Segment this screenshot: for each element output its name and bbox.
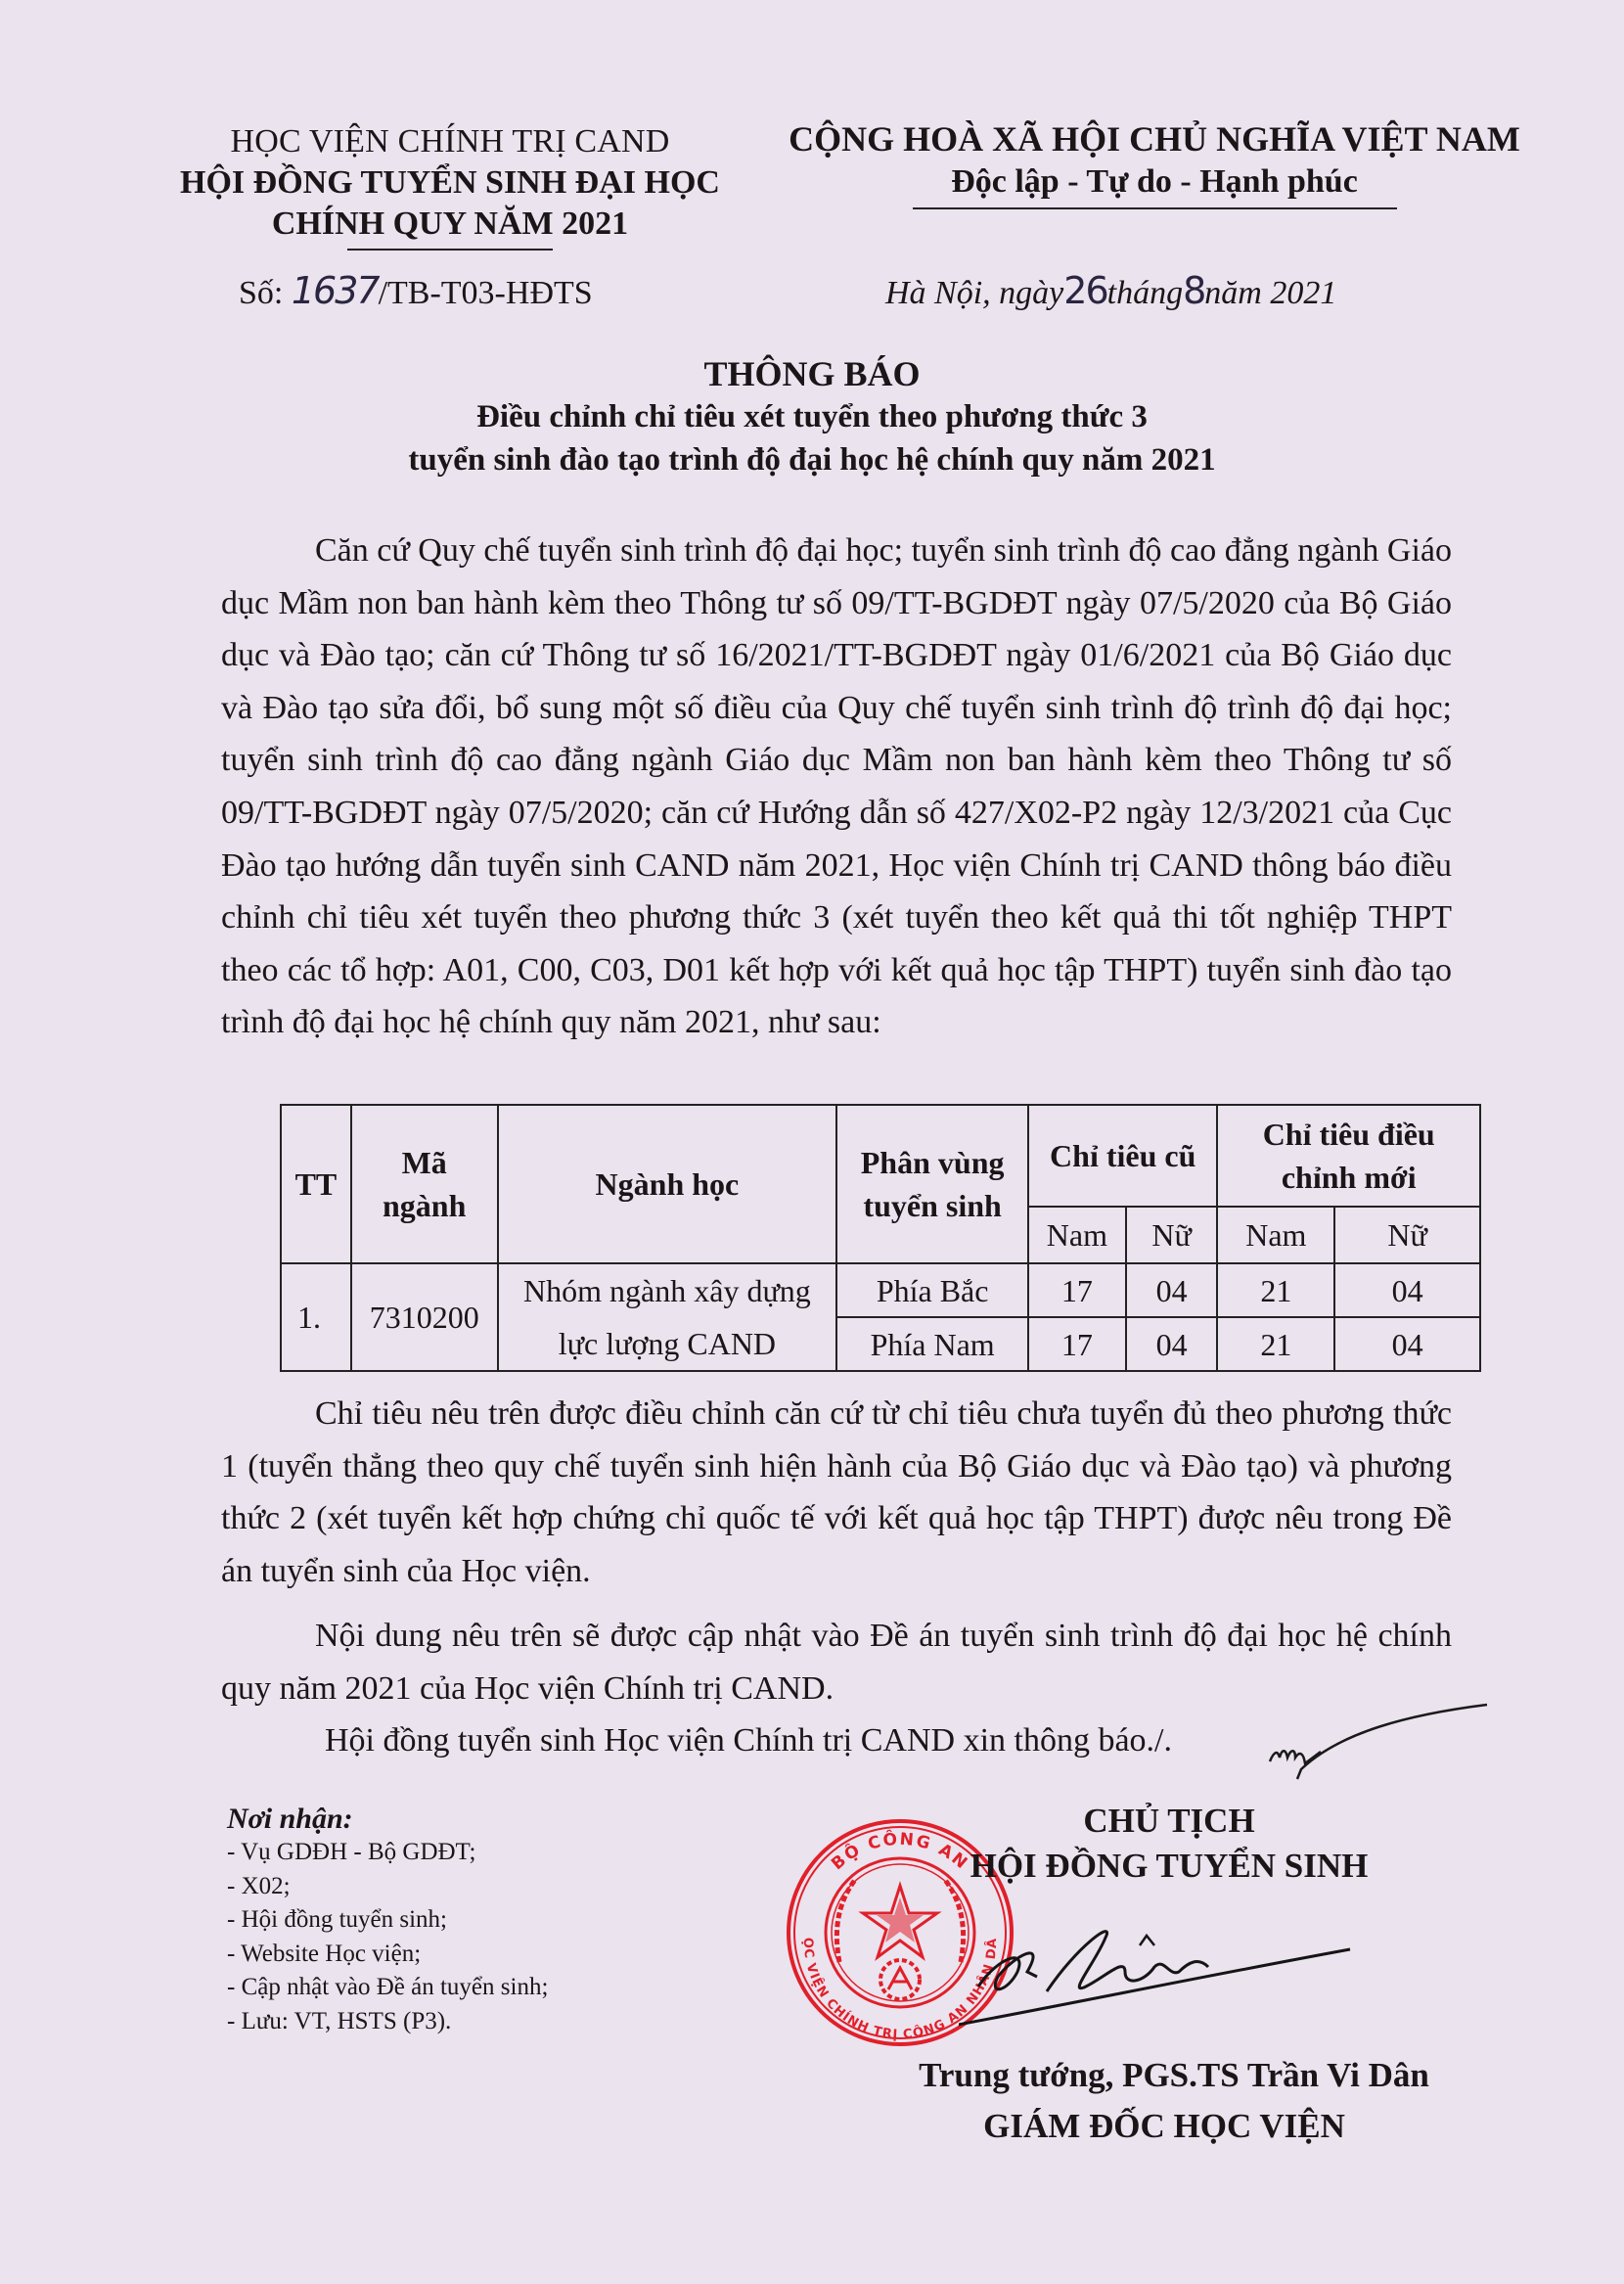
cell-new-nam: 21 [1217, 1317, 1334, 1371]
cell-new-nam: 21 [1217, 1263, 1334, 1317]
date-prefix: Hà Nội, ngày [885, 275, 1063, 311]
header-phan-vung: Phân vùng tuyển sinh [836, 1105, 1028, 1263]
reference-handwritten-number: 1637 [292, 269, 379, 312]
cell-new-nu: 04 [1334, 1263, 1480, 1317]
issuer-council-cont: CHÍNH QUY NĂM 2021 [166, 204, 734, 245]
title-subtitle-2: tuyển sinh đào tạo trình độ đại học hệ c… [0, 438, 1624, 481]
header-new-nu: Nữ [1334, 1207, 1480, 1263]
paragraph-text: Hội đồng tuyển sinh Học viện Chính trị C… [325, 1722, 1172, 1759]
cell-nganh-hoc: Nhóm ngành xây dựng lực lượng CAND [498, 1263, 837, 1371]
cell-old-nam: 17 [1028, 1317, 1126, 1371]
recipients-heading: Nơi nhận: [227, 1803, 677, 1836]
title-subtitle-1: Điều chỉnh chỉ tiêu xét tuyển theo phươn… [0, 395, 1624, 438]
date-month-handwritten: 8 [1183, 269, 1204, 312]
header-chi-tieu-moi: Chỉ tiêu điều chỉnh mới [1217, 1105, 1480, 1207]
recipient-item: - Vụ GDĐH - Bộ GDĐT; [227, 1836, 677, 1870]
reference-prefix: Số: [239, 275, 292, 311]
header-old-nam: Nam [1028, 1207, 1126, 1263]
header-chi-tieu-moi-text: Chỉ tiêu điều chỉnh mới [1251, 1113, 1447, 1199]
paragraph-text: Chỉ tiêu nêu trên được điều chỉnh căn cứ… [221, 1395, 1452, 1589]
header-phan-vung-text: Phân vùng tuyển sinh [854, 1141, 1011, 1227]
header-ma-nganh: Mã ngành [351, 1105, 498, 1263]
date-day-handwritten: 26 [1063, 269, 1106, 312]
paragraph-legal-basis: Căn cứ Quy chế tuyển sinh trình độ đại h… [221, 525, 1452, 1049]
signature-block: CHỦ TỊCH HỘI ĐỒNG TUYỂN SINH Trung tướng… [792, 1799, 1477, 1889]
reference-number: Số: 1637/TB-T03-HĐTS [239, 269, 593, 312]
cell-tt: 1. [281, 1263, 351, 1371]
recipient-item: - Cập nhật vào Đề án tuyển sinh; [227, 1971, 677, 2005]
cell-old-nu: 04 [1126, 1263, 1218, 1317]
header-divider [347, 249, 553, 251]
recipients-list: Nơi nhận: - Vụ GDĐH - Bộ GDĐT; - X02; - … [227, 1803, 677, 2038]
signer-title: CHỦ TỊCH [861, 1799, 1477, 1844]
signer-name: Trung tướng, PGS.TS Trần Vi Dân [832, 2053, 1516, 2098]
header-new-nam: Nam [1217, 1207, 1334, 1263]
cell-new-nu: 04 [1334, 1317, 1480, 1371]
header-tt: TT [281, 1105, 351, 1263]
recipient-item: - Website Học viện; [227, 1938, 677, 1972]
recipient-item: - Hội đồng tuyển sinh; [227, 1903, 677, 1938]
header-old-nu: Nữ [1126, 1207, 1218, 1263]
paragraph-text: Căn cứ Quy chế tuyển sinh trình độ đại h… [221, 532, 1452, 1040]
national-motto: Độc lập - Tự do - Hạnh phúc [763, 160, 1546, 204]
signer-role: GIÁM ĐỐC HỌC VIỆN [792, 2104, 1536, 2149]
issue-date: Hà Nội, ngày26tháng8năm 2021 [885, 269, 1336, 312]
issuer-council: HỘI ĐỒNG TUYỂN SINH ĐẠI HỌC [166, 162, 734, 204]
cell-old-nu: 04 [1126, 1317, 1218, 1371]
national-header: CỘNG HOÀ XÃ HỘI CHỦ NGHĨA VIỆT NAM Độc l… [763, 117, 1546, 209]
header-chi-tieu-cu: Chỉ tiêu cũ [1028, 1105, 1217, 1207]
quota-table: TT Mã ngành Ngành học Phân vùng tuyển si… [280, 1104, 1481, 1372]
paragraph-adjustment-basis: Chỉ tiêu nêu trên được điều chỉnh căn cứ… [221, 1388, 1452, 1597]
cell-old-nam: 17 [1028, 1263, 1126, 1317]
issuer-parent: HỌC VIỆN CHÍNH TRỊ CAND [166, 121, 734, 162]
cell-ma-nganh: 7310200 [351, 1263, 498, 1371]
handwritten-signature [959, 1918, 1370, 2035]
header-nganh-hoc: Ngành học [498, 1105, 837, 1263]
cell-region: Phía Nam [836, 1317, 1028, 1371]
document-title: THÔNG BÁO Điều chỉnh chỉ tiêu xét tuyển … [0, 352, 1624, 481]
reference-suffix: /TB-T03-HĐTS [379, 275, 593, 311]
table-row: 1. 7310200 Nhóm ngành xây dựng lực lượng… [281, 1263, 1480, 1317]
issuer-header: HỌC VIỆN CHÍNH TRỊ CAND HỘI ĐỒNG TUYỂN S… [166, 121, 734, 251]
title-heading: THÔNG BÁO [0, 352, 1624, 395]
recipient-item: - X02; [227, 1870, 677, 1904]
motto-divider [913, 207, 1397, 209]
date-month-label: tháng [1107, 275, 1183, 311]
signer-council: HỘI ĐỒNG TUYỂN SINH [861, 1844, 1477, 1889]
header-ma-nganh-text: Mã ngành [381, 1141, 469, 1227]
cell-nganh-hoc-text: Nhóm ngành xây dựng lực lượng CAND [520, 1264, 814, 1370]
recipient-item: - Lưu: VT, HSTS (P3). [227, 2005, 677, 2039]
date-year: năm 2021 [1204, 275, 1336, 311]
national-title: CỘNG HOÀ XÃ HỘI CHỦ NGHĨA VIỆT NAM [763, 117, 1546, 160]
initial-signature-mark [1262, 1693, 1497, 1791]
cell-region: Phía Bắc [836, 1263, 1028, 1317]
